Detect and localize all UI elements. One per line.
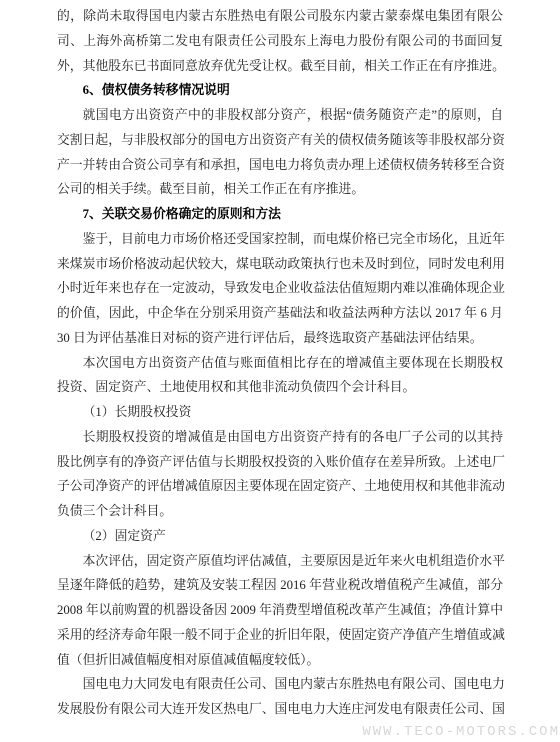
paragraph: 国电电力大同发电有限责任公司、国电内蒙古东胜热电有限公司、国电电力发展股份有限公… <box>57 672 503 722</box>
text-line: 就国电方出资资产中的非股权部分资产，根据“债务随资产走”的原则，自 <box>57 103 503 128</box>
text-line: 投资、固定资产、土地使用权和其他非流动负债四个会计科目。 <box>57 375 503 400</box>
text-line: 交割日起，与非股权部分的国电方出资资产有关的债权债务随该等非股权部分资 <box>57 128 503 153</box>
paragraph: 鉴于，目前电力市场价格还受国家控制，而电煤价格已完全市场化，且近年来煤炭市场价格… <box>57 227 503 351</box>
text-line: 外，其他股东已书面同意放弃优先受让权。截至目前，相关工作正在有序推进。 <box>57 54 503 79</box>
text-line: 采用的经济寿命年限一般不同于企业的折旧年限，使固定资产净值产生增值或减 <box>57 623 503 648</box>
text-line: 司、上海外高桥第二发电有限责任公司股东上海电力股份有限公司的书面回复 <box>57 29 503 54</box>
paragraph: 本次评估，固定资产原值均评估减值，主要原因是近年来火电机组造价水平呈逐年降低的趋… <box>57 549 503 673</box>
section-heading: 7、关联交易价格确定的原则和方法 <box>57 202 503 227</box>
text-block: 的，除尚未取得国电内蒙古东胜热电有限公司股东内蒙古蒙泰煤电集团有限公司、上海外高… <box>57 4 503 722</box>
paragraph: （1）长期股权投资 <box>57 400 503 425</box>
section-heading: 6、债权债务转移情况说明 <box>57 78 503 103</box>
text-line: 值（但折旧减值幅度相对原值减值幅度较低）。 <box>57 648 503 673</box>
text-line: 的价值，因此，中企华在分别采用资产基础法和收益法两种方法以 2017 年 6 月 <box>57 301 503 326</box>
text-line: 6、债权债务转移情况说明 <box>57 78 503 103</box>
document-page: 的，除尚未取得国电内蒙古东胜热电有限公司股东内蒙古蒙泰煤电集团有限公司、上海外高… <box>0 0 560 742</box>
paragraph: （2）固定资产 <box>57 524 503 549</box>
text-line: 本次国电方出资资产估值与账面值相比存在的增减值主要体现在长期股权 <box>57 351 503 376</box>
text-line: 鉴于，目前电力市场价格还受国家控制，而电煤价格已完全市场化，且近年 <box>57 227 503 252</box>
text-line: 2008 年以前购置的机器设备因 2009 年消费型增值税改革产生减值；净值计算… <box>57 598 503 623</box>
text-line: 股比例享有的净资产评估值与长期股权投资的入账价值存在差异所致。上述电厂 <box>57 450 503 475</box>
text-line: 本次评估，固定资产原值均评估减值，主要原因是近年来火电机组造价水平 <box>57 549 503 574</box>
paragraph: 本次国电方出资资产估值与账面值相比存在的增减值主要体现在长期股权投资、固定资产、… <box>57 351 503 401</box>
paragraph: 就国电方出资资产中的非股权部分资产，根据“债务随资产走”的原则，自交割日起，与非… <box>57 103 503 202</box>
text-line: 产一并转由合资公司享有和承担，国电电力将负责办理上述债权债务转移至合资 <box>57 153 503 178</box>
text-line: 30 日为评估基准日对标的资产进行评估后，最终选取资产基础法评估结果。 <box>57 326 503 351</box>
text-line: 国电电力大同发电有限责任公司、国电内蒙古东胜热电有限公司、国电电力 <box>57 672 503 697</box>
text-line: 7、关联交易价格确定的原则和方法 <box>57 202 503 227</box>
text-line: 发展股份有限公司大连开发区热电厂、国电电力大连庄河发电有限责任公司、国 <box>57 697 503 722</box>
watermark: WWW.TECO-MOTORS.COM <box>362 724 560 740</box>
text-line: 呈逐年降低的趋势，建筑及安装工程因 2016 年营业税改增值税产生减值，部分 <box>57 573 503 598</box>
text-line: 来煤炭市场价格波动起伏较大，煤电联动政策执行也未及时到位，同时发电利用 <box>57 252 503 277</box>
paragraph: 的，除尚未取得国电内蒙古东胜热电有限公司股东内蒙古蒙泰煤电集团有限公司、上海外高… <box>57 4 503 78</box>
text-line: （2）固定资产 <box>57 524 503 549</box>
text-line: 长期股权投资的增减值是由国电方出资资产持有的各电厂子公司的以其持 <box>57 425 503 450</box>
text-line: （1）长期股权投资 <box>57 400 503 425</box>
text-line: 小时近年来也存在一定波动，导致发电企业收益法估值短期内难以准确体现企业 <box>57 276 503 301</box>
text-line: 的，除尚未取得国电内蒙古东胜热电有限公司股东内蒙古蒙泰煤电集团有限公 <box>57 4 503 29</box>
paragraph: 长期股权投资的增减值是由国电方出资资产持有的各电厂子公司的以其持股比例享有的净资… <box>57 425 503 524</box>
text-line: 公司的相关手续。截至目前，相关工作正在有序推进。 <box>57 177 503 202</box>
text-line: 子公司净资产的评估增减值原因主要体现在固定资产、土地使用权和其他非流动 <box>57 474 503 499</box>
text-line: 负债三个会计科目。 <box>57 499 503 524</box>
